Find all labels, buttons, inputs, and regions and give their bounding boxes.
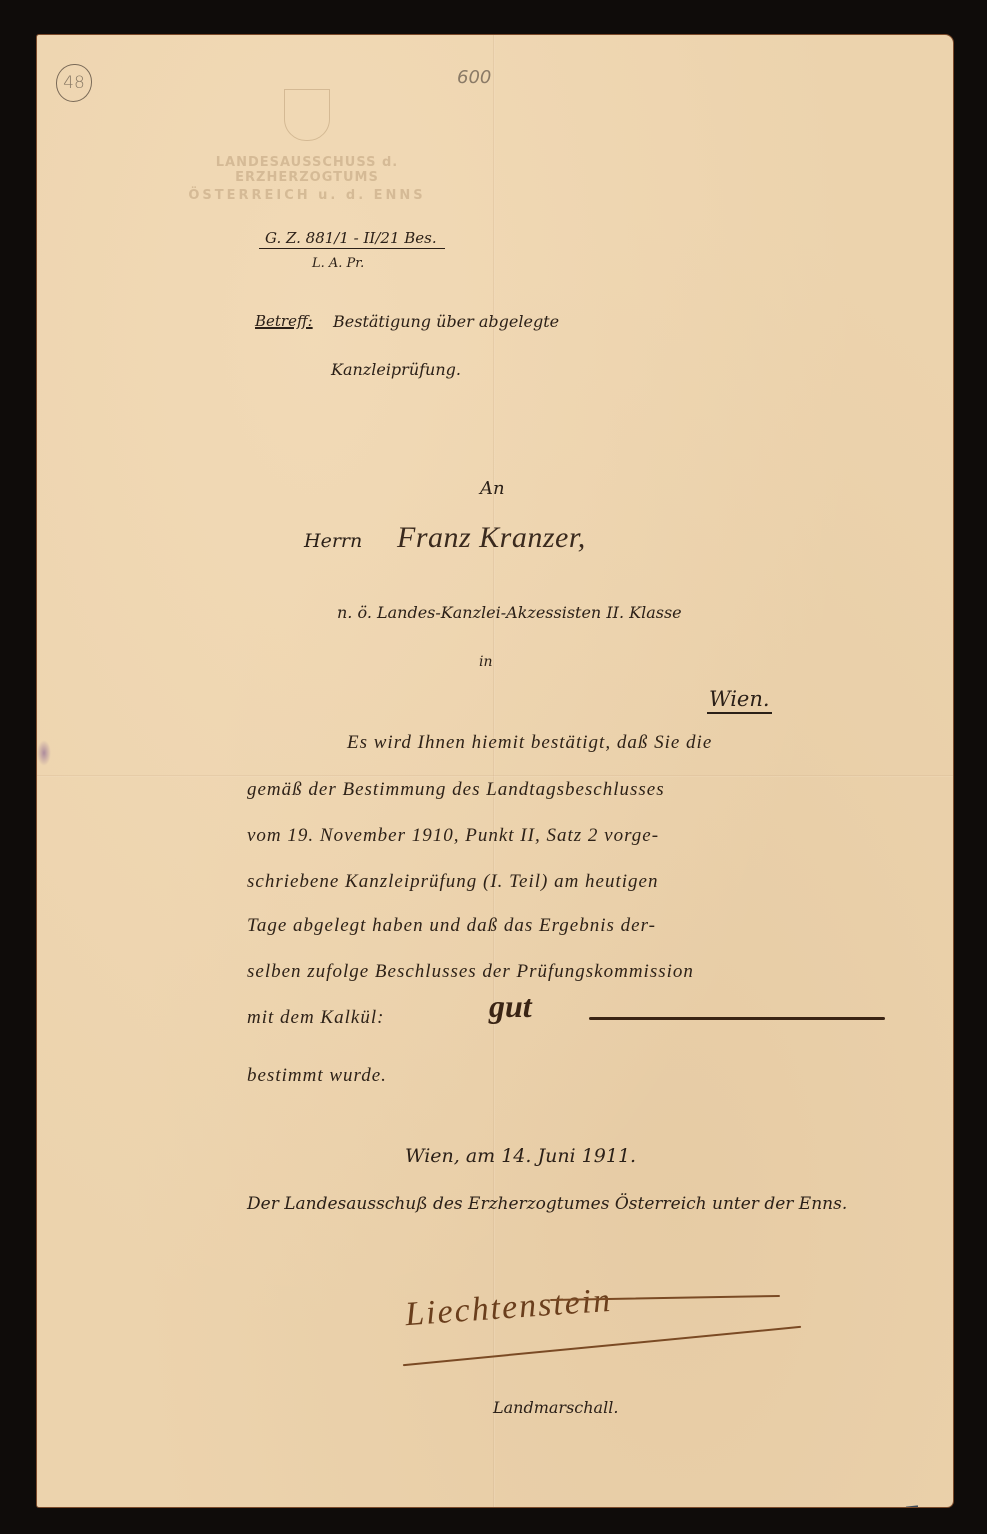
horizontal-fold	[37, 775, 953, 777]
body-line-3: vom 19. November 1910, Punkt II, Satz 2 …	[247, 825, 659, 847]
body-line-1: Es wird Ihnen hiemit bestätigt, daß Sie …	[347, 732, 712, 754]
preposition: in	[479, 654, 493, 670]
body-line-7: mit dem Kalkül:	[247, 1007, 384, 1029]
reference-office: L. A. Pr.	[312, 256, 364, 271]
letterhead-emboss: LANDESAUSSCHUSS d. ERZHERZOGTUMS ÖSTERRE…	[177, 75, 437, 215]
dateline: Wien, am 14. Juni 1911.	[405, 1145, 636, 1167]
honorific: Herrn	[304, 530, 362, 552]
folio-number-text: 48	[63, 73, 85, 93]
subject-text-line-2: Kanzleiprüfung.	[331, 360, 461, 379]
addressee-city: Wien.	[707, 687, 772, 714]
subject-text-line-1: Bestätigung über abgelegte	[333, 312, 559, 331]
vertical-fold	[493, 35, 495, 1507]
grade-underline	[589, 1017, 885, 1020]
reference-number: G. Z. 881/1 - II/21 Bes.	[259, 229, 445, 249]
signature: Liechtenstein	[404, 1282, 613, 1334]
body-closing-line: bestimmt wurde.	[247, 1065, 387, 1087]
signature-flourish-bottom	[403, 1326, 801, 1366]
body-line-4: schriebene Kanzleiprüfung (I. Teil) am h…	[247, 871, 658, 893]
body-line-6: selben zufolge Beschlusses der Prüfungsk…	[247, 961, 694, 983]
grade-value: gut	[489, 988, 532, 1025]
issuing-authority: Der Landesausschuß des Erzherzogtumes Ös…	[247, 1194, 847, 1214]
addressee-position: n. ö. Landes-Kanzlei-Akzessisten II. Kla…	[337, 603, 682, 622]
body-line-2: gemäß der Bestimmung des Landtagsbeschlu…	[247, 779, 665, 801]
folio-number: 48	[56, 64, 92, 102]
pencil-mark: 600	[457, 67, 491, 88]
salutation: An	[480, 478, 505, 499]
stray-pencil-mark	[906, 1505, 918, 1507]
ink-stain	[37, 740, 51, 766]
letterhead-line-2: ÖSTERREICH u. d. ENNS	[177, 188, 437, 203]
letterhead-line-1: LANDESAUSSCHUSS d. ERZHERZOGTUMS	[177, 155, 437, 185]
subject-label: Betreff:	[255, 312, 313, 330]
body-line-5: Tage abgelegt haben und daß das Ergebnis…	[247, 915, 656, 937]
signatory-title: Landmarschall.	[493, 1398, 618, 1417]
document-page: 48 600 LANDESAUSSCHUSS d. ERZHERZOGTUMS …	[37, 35, 953, 1507]
addressee-name: Franz Kranzer,	[397, 521, 586, 555]
coat-of-arms-icon	[284, 89, 330, 141]
